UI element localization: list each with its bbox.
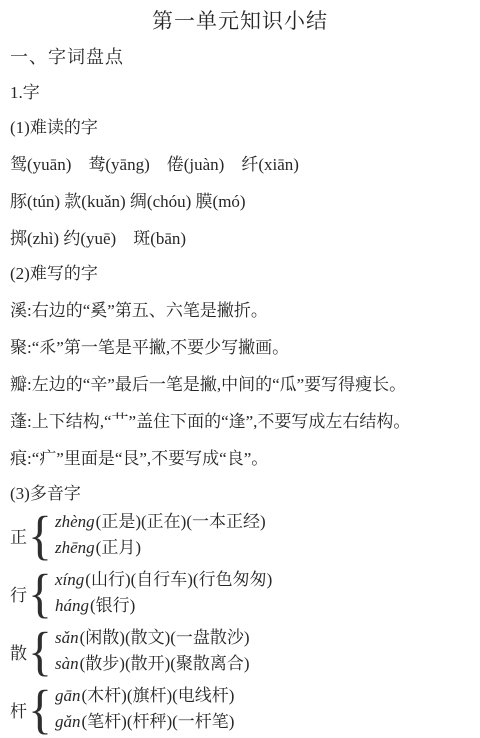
example-words: (笔杆)(杆秤)(一杆笔) bbox=[82, 712, 235, 731]
reading-line: zhēng(正月) bbox=[55, 535, 266, 561]
hard-to-write-line-3: 瓣:左边的“辛”最后一笔是撇,中间的“瓜”要写得瘦长。 bbox=[10, 375, 470, 394]
example-words: (闲散)(散文)(一盘散沙) bbox=[80, 628, 250, 647]
polyphone-readings: zhèng(正是)(正在)(一本正经) zhēng(正月) bbox=[55, 509, 266, 561]
hard-to-write-line-4: 蓬:上下结构,“艹”盖住下面的“逢”,不要写成左右结构。 bbox=[10, 412, 470, 431]
part-heading-polyphonic: (3)多音字 bbox=[10, 484, 470, 503]
example-words: (木杆)(旗杆)(电线杆) bbox=[82, 686, 235, 705]
example-words: (散步)(散开)(聚散离合) bbox=[80, 654, 250, 673]
subsection-heading-characters: 1.字 bbox=[10, 83, 470, 102]
pinyin-text: gǎn bbox=[55, 712, 81, 731]
hard-to-read-line-3: 掷(zhì) 约(yuē) 斑(bān) bbox=[10, 229, 470, 248]
reading-line: háng(银行) bbox=[55, 593, 272, 619]
hard-to-write-line-2: 聚:“乑”第一笔是平撇,不要少写撇画。 bbox=[10, 338, 470, 357]
polyphone-entry-zheng: 正 { zhèng(正是)(正在)(一本正经) zhēng(正月) bbox=[10, 509, 470, 561]
document-page: 第一单元知识小结 一、字词盘点 1.字 (1)难读的字 鸳(yuān) 鸯(yā… bbox=[0, 0, 480, 738]
polyphone-character: 行 bbox=[10, 581, 27, 606]
example-words: (正是)(正在)(一本正经) bbox=[96, 512, 266, 531]
example-words: (正月) bbox=[96, 538, 141, 557]
hard-to-read-line-1: 鸳(yuān) 鸯(yāng) 倦(juàn) 纤(xiān) bbox=[10, 155, 470, 174]
reading-line: gǎn(笔杆)(杆秤)(一杆笔) bbox=[55, 709, 234, 735]
pinyin-text: zhēng bbox=[55, 538, 95, 557]
reading-line: sǎn(闲散)(散文)(一盘散沙) bbox=[55, 625, 250, 651]
pinyin-text: sǎn bbox=[55, 628, 79, 647]
brace-glyph: { bbox=[28, 624, 52, 678]
brace-glyph: { bbox=[28, 566, 52, 620]
brace-glyph: { bbox=[28, 508, 52, 562]
polyphone-readings: gān(木杆)(旗杆)(电线杆) gǎn(笔杆)(杆秤)(一杆笔) bbox=[55, 683, 234, 735]
polyphone-entry-san: 散 { sǎn(闲散)(散文)(一盘散沙) sàn(散步)(散开)(聚散离合) bbox=[10, 625, 470, 677]
polyphone-character: 正 bbox=[10, 523, 27, 548]
reading-line: xíng(山行)(自行车)(行色匆匆) bbox=[55, 567, 272, 593]
polyphone-character: 散 bbox=[10, 639, 27, 664]
part-heading-hard-to-write: (2)难写的字 bbox=[10, 264, 470, 283]
brace-glyph: { bbox=[28, 682, 52, 736]
reading-line: gān(木杆)(旗杆)(电线杆) bbox=[55, 683, 234, 709]
reading-line: zhèng(正是)(正在)(一本正经) bbox=[55, 509, 266, 535]
pinyin-text: xíng bbox=[55, 570, 84, 589]
hard-to-write-line-1: 溪:右边的“奚”第五、六笔是撇折。 bbox=[10, 301, 470, 320]
section-heading-word-inventory: 一、字词盘点 bbox=[10, 47, 470, 68]
example-words: (山行)(自行车)(行色匆匆) bbox=[85, 570, 272, 589]
pinyin-text: háng bbox=[55, 596, 89, 615]
reading-line: sàn(散步)(散开)(聚散离合) bbox=[55, 651, 250, 677]
example-words: (银行) bbox=[90, 596, 135, 615]
pinyin-text: sàn bbox=[55, 654, 79, 673]
polyphone-entry-xing: 行 { xíng(山行)(自行车)(行色匆匆) háng(银行) bbox=[10, 567, 470, 619]
hard-to-write-line-5: 痕:“疒”里面是“艮”,不要写成“良”。 bbox=[10, 449, 470, 468]
polyphone-readings: xíng(山行)(自行车)(行色匆匆) háng(银行) bbox=[55, 567, 272, 619]
hard-to-read-line-2: 豚(tún) 款(kuǎn) 绸(chóu) 膜(mó) bbox=[10, 192, 470, 211]
polyphone-readings: sǎn(闲散)(散文)(一盘散沙) sàn(散步)(散开)(聚散离合) bbox=[55, 625, 250, 677]
pinyin-text: zhèng bbox=[55, 512, 95, 531]
polyphone-entry-gan: 杆 { gān(木杆)(旗杆)(电线杆) gǎn(笔杆)(杆秤)(一杆笔) bbox=[10, 683, 470, 735]
polyphone-character: 杆 bbox=[10, 697, 27, 722]
part-heading-hard-to-read: (1)难读的字 bbox=[10, 118, 470, 137]
page-title: 第一单元知识小结 bbox=[10, 8, 470, 34]
pinyin-text: gān bbox=[55, 686, 81, 705]
